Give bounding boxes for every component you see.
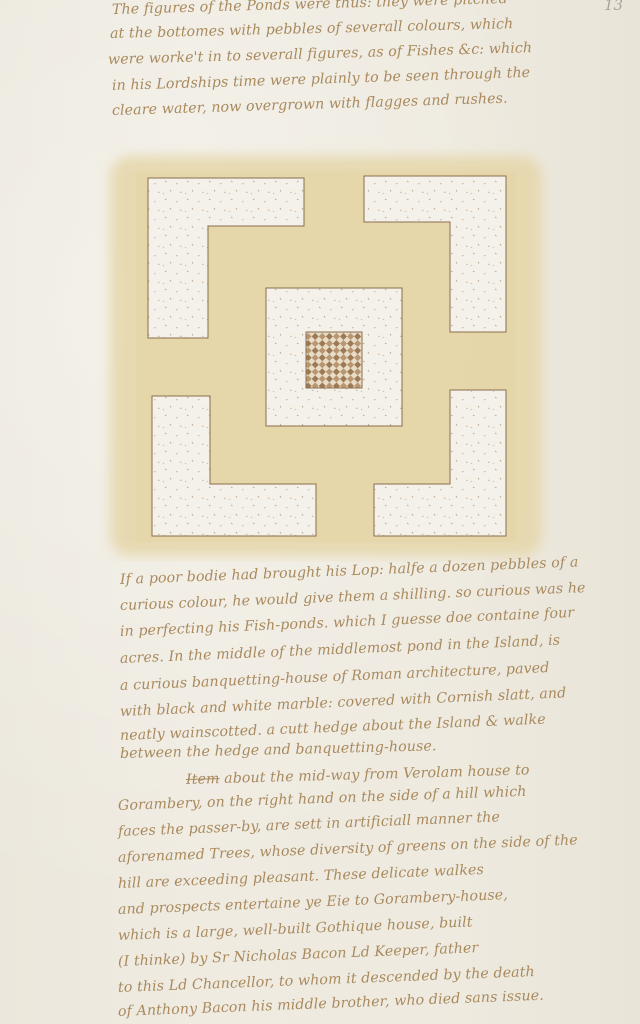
text-line: Gorambery, on the right hand on the side… — [118, 784, 527, 814]
banqueting-house — [306, 332, 362, 388]
text-line: in his Lordships time were plainly to be… — [112, 65, 531, 94]
text-line: were worke't in to severall figures, as … — [108, 40, 533, 68]
text-fragment: about the mid-way from Verolam house to — [224, 762, 530, 787]
pond-plan-drawing — [96, 142, 556, 562]
text-line: cleare water, now overgrown with flagges… — [112, 91, 508, 119]
text-line: aforenamed Trees, whose diversity of gre… — [118, 832, 578, 866]
manuscript-page: 13 The figures of the Ponds were thus: t… — [0, 0, 640, 1024]
text-line: at the bottomes with pebbles of severall… — [110, 16, 514, 42]
text-line: hill are exceeding pleasant. These delic… — [118, 862, 484, 892]
text-line: which is a large, well-built Gothique ho… — [118, 914, 473, 944]
text-line: The figures of the Ponds were thus: they… — [112, 0, 508, 18]
text-line: faces the passer-by, are sett in artific… — [118, 809, 501, 840]
folio-number: 13 — [604, 0, 623, 14]
struck-word: Item — [186, 771, 220, 788]
text-line: Item about the mid-way from Verolam hous… — [186, 762, 530, 788]
text-line: (I thinke) by Sr Nicholas Bacon Ld Keepe… — [118, 940, 479, 970]
text-line: and prospects entertaine ye Eie to Goram… — [118, 887, 508, 918]
pond-plan-svg — [96, 142, 556, 562]
